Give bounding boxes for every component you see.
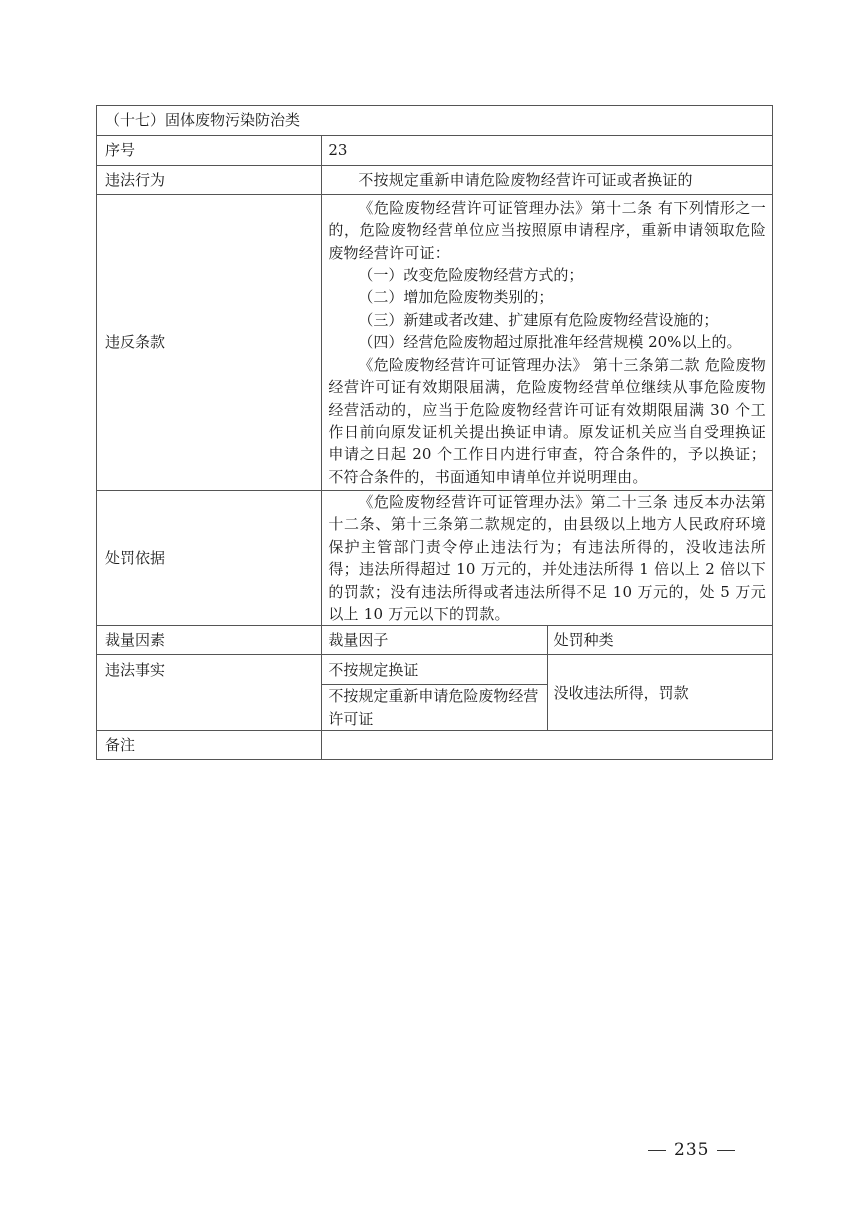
- violation-text: 不按规定重新申请危险废物经营许可证或者换证的: [328, 169, 766, 191]
- discretion-label: 裁量因素: [97, 626, 322, 655]
- section-title: （十七）固体废物污染防治类: [97, 106, 773, 136]
- remarks-value: [322, 731, 773, 760]
- provision-article-12: 《危险废物经营许可证管理办法》第十二条 有下列情形之一的，危险废物经营单位应当按…: [328, 197, 766, 264]
- provision-item-4: （四）经营危险废物超过原批准年经营规模 20%以上的。: [328, 331, 766, 353]
- penalty-type-header: 处罚种类: [547, 626, 772, 655]
- penalty-basis-label: 处罚依据: [97, 491, 322, 626]
- page-number-text: 235: [674, 1140, 709, 1160]
- facts-label: 违法事实: [97, 655, 322, 731]
- facts-penalty-type: 没收违法所得，罚款: [547, 655, 772, 731]
- penalty-basis-content: 《危险废物经营许可证管理办法》第二十三条 违反本办法第十二条、第十三条第二款规定…: [322, 491, 773, 626]
- violated-provisions-row: 违反条款 《危险废物经营许可证管理办法》第十二条 有下列情形之一的，危险废物经营…: [97, 195, 773, 491]
- violation-value: 不按规定重新申请危险废物经营许可证或者换证的: [322, 166, 773, 195]
- provision-item-1: （一）改变危险废物经营方式的；: [328, 264, 766, 286]
- facts-factor-1: 不按规定换证: [322, 655, 547, 685]
- penalty-discretion-table: （十七）固体废物污染防治类 序号 23 违法行为 不按规定重新申请危险废物经营许…: [96, 105, 773, 760]
- remarks-label: 备注: [97, 731, 322, 760]
- violated-provisions-label: 违反条款: [97, 195, 322, 491]
- discretion-header-row: 裁量因素 裁量因子 处罚种类: [97, 626, 773, 655]
- penalty-basis-text: 《危险废物经营许可证管理办法》第二十三条 违反本办法第十二条、第十三条第二款规定…: [328, 491, 766, 625]
- page-number: 235: [640, 1140, 743, 1160]
- violation-row: 违法行为 不按规定重新申请危险废物经营许可证或者换证的: [97, 166, 773, 195]
- remarks-row: 备注: [97, 731, 773, 760]
- serial-label: 序号: [97, 136, 322, 166]
- facts-factor-2: 不按规定重新申请危险废物经营许可证: [322, 685, 547, 731]
- serial-value: 23: [322, 136, 773, 166]
- section-title-row: （十七）固体废物污染防治类: [97, 106, 773, 136]
- violated-provisions-content: 《危险废物经营许可证管理办法》第十二条 有下列情形之一的，危险废物经营单位应当按…: [322, 195, 773, 491]
- violation-label: 违法行为: [97, 166, 322, 195]
- page-number-dash-right: [717, 1150, 735, 1151]
- discretion-factor-header: 裁量因子: [322, 626, 547, 655]
- section-title-text: （十七）固体废物污染防治类: [105, 111, 300, 129]
- serial-row: 序号 23: [97, 136, 773, 166]
- facts-row-1: 违法事实 不按规定换证 没收违法所得，罚款: [97, 655, 773, 685]
- provision-item-3: （三）新建或者改建、扩建原有危险废物经营设施的；: [328, 309, 766, 331]
- penalty-basis-row: 处罚依据 《危险废物经营许可证管理办法》第二十三条 违反本办法第十二条、第十三条…: [97, 491, 773, 626]
- page-number-dash-left: [648, 1150, 666, 1151]
- provision-article-13: 《危险废物经营许可证管理办法》 第十三条第二款 危险废物经营许可证有效期限届满，…: [328, 354, 766, 488]
- provision-item-2: （二）增加危险废物类别的；: [328, 286, 766, 308]
